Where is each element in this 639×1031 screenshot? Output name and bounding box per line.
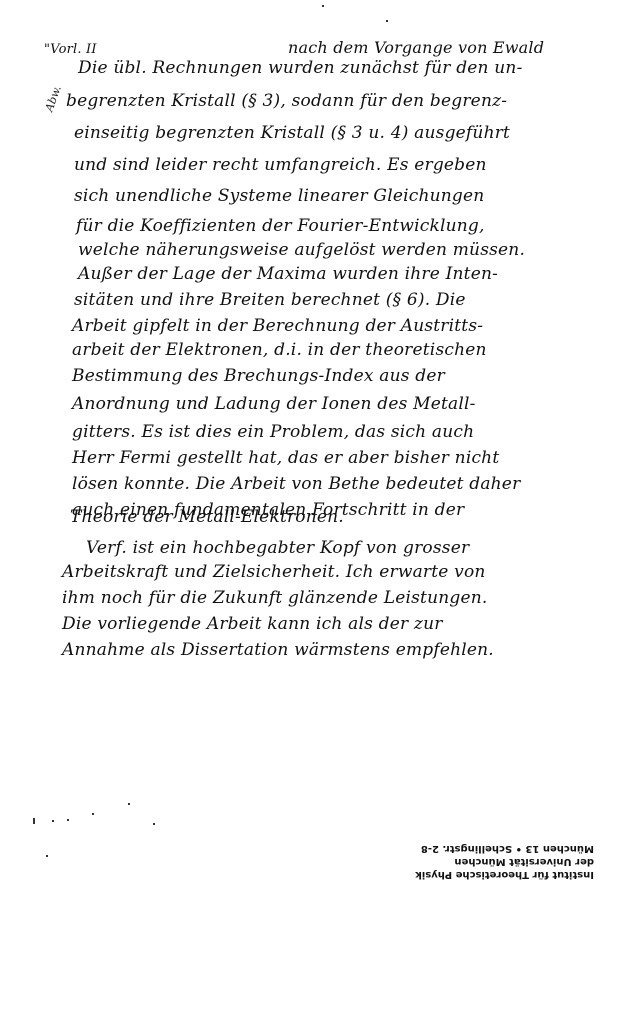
text-line-15: Herr Fermi gestellt hat, das er aber bis… <box>72 448 499 468</box>
scan-speck <box>33 818 35 824</box>
scan-speck <box>153 823 155 825</box>
text-line-20: Arbeitskraft und Zielsicherheit. Ich erw… <box>62 562 486 582</box>
insertion-line: nach dem Vorgange von Ewald <box>288 38 544 57</box>
text-line-9: sitäten und ihre Breiten berechnet (§ 6)… <box>74 290 466 310</box>
scan-speck <box>322 5 324 7</box>
text-line-8: Außer der Lage der Maxima wurden ihre In… <box>78 264 498 284</box>
scan-speck <box>67 819 69 821</box>
text-line-6: für die Koeffizienten der Fourier-Entwic… <box>76 216 485 236</box>
margin-note: Abw. <box>43 84 64 113</box>
text-line-10: Arbeit gipfelt in der Berechnung der Aus… <box>72 316 483 336</box>
text-line-1: Die übl. Rechnungen wurden zunächst für … <box>78 58 523 78</box>
text-line-13: Anordnung und Ladung der Ionen des Metal… <box>72 394 476 414</box>
text-line-12: Bestimmung des Brechungs-Index aus der <box>72 366 445 386</box>
text-line-3: einseitig begrenzten Kristall (§ 3 u. 4)… <box>74 123 510 143</box>
institute-stamp: Institut für Theoretische Physik der Uni… <box>404 842 594 881</box>
text-line-22: Die vorliegende Arbeit kann ich als der … <box>62 614 443 634</box>
stamp-line-3: München 13 • Schellingstr. 2-8 <box>404 842 594 855</box>
text-line-16: lösen konnte. Die Arbeit von Bethe bedeu… <box>72 474 520 494</box>
text-line-14: gitters. Es ist dies ein Problem, das si… <box>72 422 474 442</box>
scan-speck <box>386 20 388 22</box>
text-line-5: sich unendliche Systeme linearer Gleichu… <box>74 186 484 206</box>
document-page: "Vorl. II nach dem Vorgange von Ewald Ab… <box>0 0 639 1031</box>
scan-speck <box>46 855 48 857</box>
scan-speck <box>52 820 54 822</box>
text-line-19: Verf. ist ein hochbegabter Kopf von gros… <box>86 538 469 558</box>
text-line-4: und sind leider recht umfangreich. Es er… <box>74 155 487 175</box>
text-line-11: arbeit der Elektronen, d.i. in der theor… <box>72 340 487 360</box>
text-line-23: Annahme als Dissertation wärmstens empfe… <box>62 640 494 660</box>
text-line-21: ihm noch für die Zukunft glänzende Leist… <box>62 588 487 608</box>
scan-speck <box>92 813 94 815</box>
scan-speck <box>128 803 130 805</box>
stamp-line-1: Institut für Theoretische Physik <box>404 868 594 881</box>
text-line-18: Theorie der Metall-Elektronen. <box>70 507 344 527</box>
insertion-prefix: "Vorl. II <box>44 42 97 57</box>
text-line-7: welche näherungsweise aufgelöst werden m… <box>78 240 525 260</box>
stamp-line-2: der Universität München <box>404 855 594 868</box>
text-line-2: begrenzten Kristall (§ 3), sodann für de… <box>66 91 507 111</box>
